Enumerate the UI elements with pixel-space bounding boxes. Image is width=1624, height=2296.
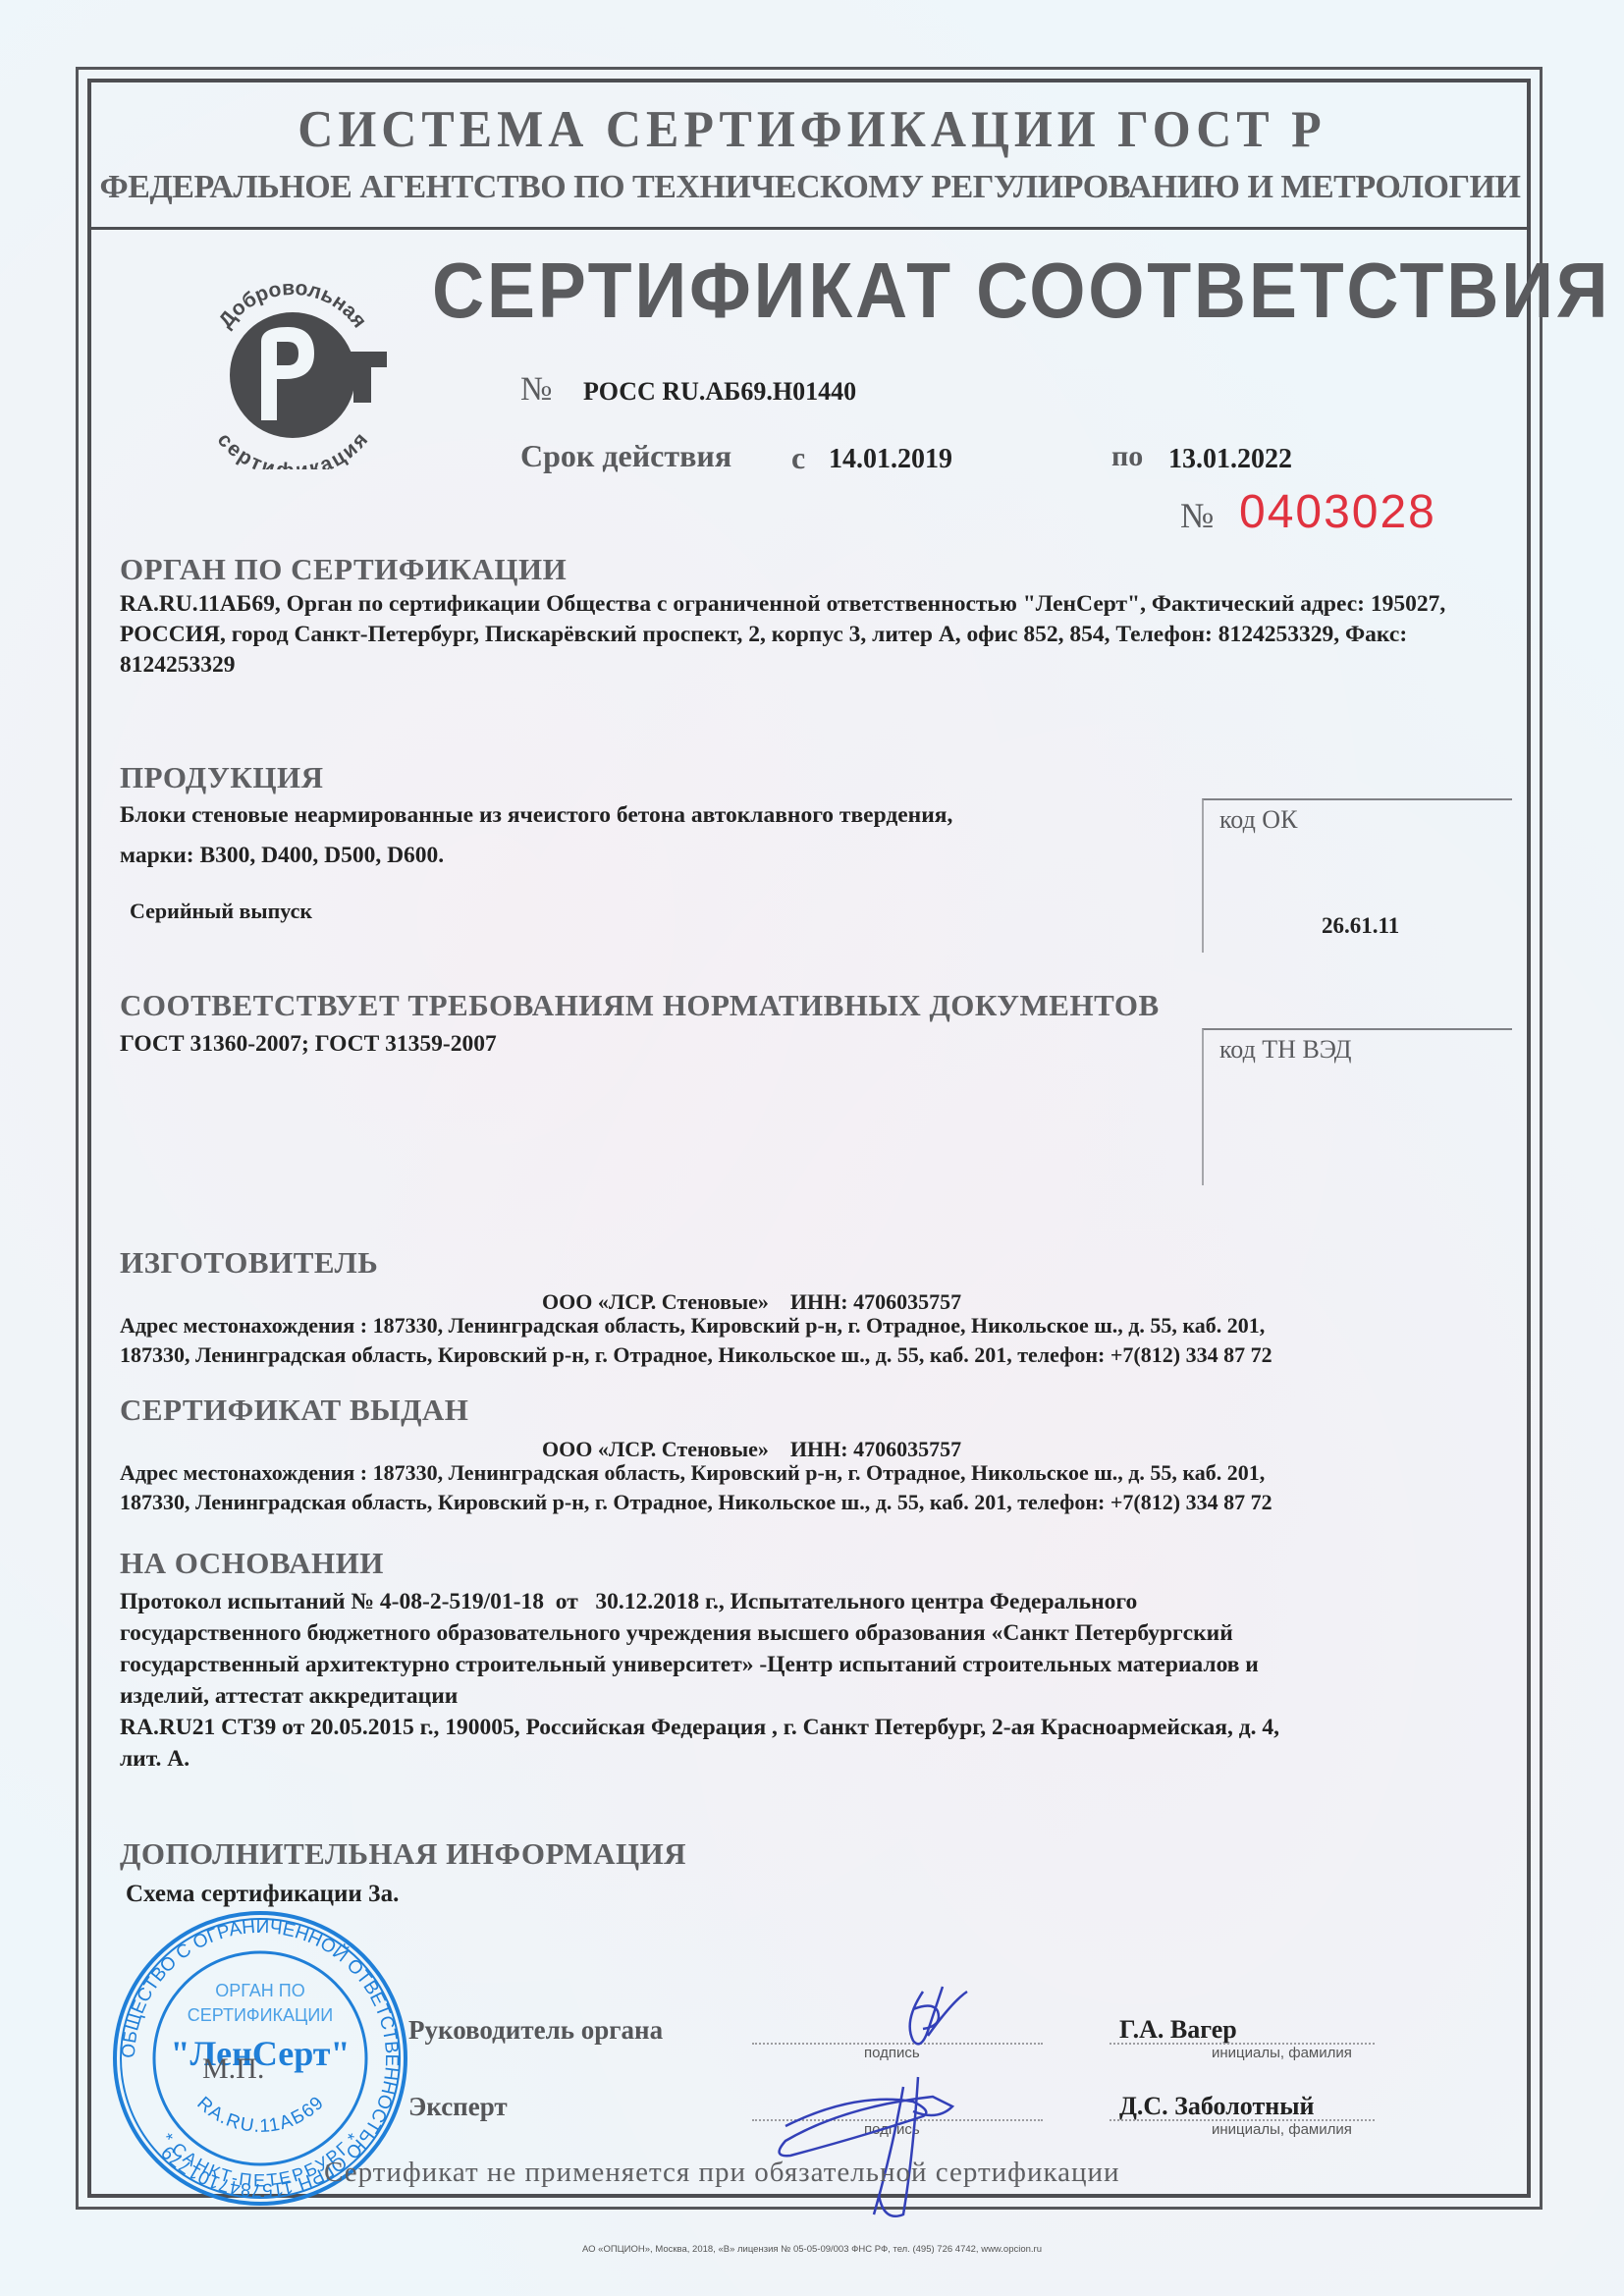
- serial-number: 0403028: [1239, 485, 1436, 539]
- document-title: СЕРТИФИКАТ СООТВЕТСТВИЯ: [432, 246, 1610, 336]
- footer-note: Сертификат не применяется при обязательн…: [324, 2157, 1120, 2189]
- basis-line: государственный архитектурно строительны…: [120, 1650, 1259, 1680]
- manufacturer-address-1: Адрес местонахождения : 187330, Ленингра…: [120, 1310, 1265, 1340]
- signatory-name: Д.С. Заболотный: [1119, 2092, 1314, 2121]
- ok-code-value: 26.61.11: [1322, 913, 1399, 939]
- signatory-name: Г.А. Вагер: [1119, 2015, 1237, 2045]
- manufacturer-heading: ИЗГОТОВИТЕЛЬ: [120, 1245, 378, 1281]
- release-type: Серийный выпуск: [130, 896, 312, 926]
- basis-line: RA.RU21 СТ39 от 20.05.2015 г., 190005, Р…: [120, 1713, 1279, 1743]
- compliance-documents: ГОСТ 31360-2007; ГОСТ 31359-2007: [120, 1029, 497, 1060]
- name-caption: инициалы, фамилия: [1212, 2045, 1352, 2061]
- basis-heading: НА ОСНОВАНИИ: [120, 1546, 384, 1581]
- issued-to-heading: СЕРТИФИКАТ ВЫДАН: [120, 1393, 468, 1428]
- validity-from-date: 14.01.2019: [829, 444, 952, 475]
- basis-line: лит. А.: [120, 1744, 189, 1775]
- signature-scribble-icon: [766, 2048, 1021, 2224]
- additional-text: Схема сертификации 3а.: [126, 1879, 399, 1909]
- printer-imprint: АО «ОПЦИОН», Москва, 2018, «В» лицензия …: [0, 2244, 1624, 2255]
- svg-text:СЕРТИФИКАЦИИ: СЕРТИФИКАЦИИ: [188, 2005, 333, 2025]
- validity-label: Срок действия: [520, 438, 731, 474]
- header-divider: [87, 227, 1531, 230]
- certification-body-text: RA.RU.11АБ69, Орган по сертификации Обще…: [120, 589, 1519, 681]
- signature-role: Эксперт: [408, 2092, 508, 2122]
- validity-from-label: с: [791, 440, 805, 476]
- svg-text:ОРГАН ПО: ОРГАН ПО: [215, 1981, 305, 2000]
- serial-sign: №: [1180, 495, 1214, 536]
- tnved-code-label: код ТН ВЭД: [1219, 1035, 1352, 1065]
- additional-heading: ДОПОЛНИТЕЛЬНАЯ ИНФОРМАЦИЯ: [120, 1836, 686, 1872]
- rst-logo-icon: Добровольная сертификация: [194, 273, 391, 469]
- basis-line: Протокол испытаний № 4-08-2-519/01-18 от…: [120, 1587, 1137, 1617]
- certification-body-heading: ОРГАН ПО СЕРТИФИКАЦИИ: [120, 552, 567, 587]
- product-line-1: Блоки стеновые неармированные из ячеисто…: [120, 800, 952, 831]
- validity-to-label: по: [1111, 440, 1143, 473]
- system-title: СИСТЕМА СЕРТИФИКАЦИИ ГОСТ Р: [0, 99, 1624, 159]
- product-line-2: марки: В300, D400, D500, D600.: [120, 841, 444, 871]
- product-heading: ПРОДУКЦИЯ: [120, 760, 323, 795]
- manufacturer-address-2: 187330, Ленинградская область, Кировский…: [120, 1339, 1272, 1370]
- agency-name: ФЕДЕРАЛЬНОЕ АГЕНТСТВО ПО ТЕХНИЧЕСКОМУ РЕ…: [96, 169, 1524, 206]
- ok-code-label: код ОК: [1219, 805, 1297, 835]
- name-caption: инициалы, фамилия: [1212, 2121, 1352, 2138]
- validity-to-date: 13.01.2022: [1168, 444, 1292, 475]
- basis-line: государственного бюджетного образователь…: [120, 1618, 1233, 1649]
- number-sign: №: [520, 371, 552, 409]
- issued-to-address-1: Адрес местонахождения : 187330, Ленингра…: [120, 1457, 1265, 1488]
- basis-line: изделий, аттестат аккредитации: [120, 1681, 458, 1712]
- issued-to-address-2: 187330, Ленинградская область, Кировский…: [120, 1487, 1272, 1517]
- signature-role: Руководитель органа: [408, 2015, 663, 2046]
- stamp-place-label: М.П.: [202, 2052, 264, 2086]
- certificate-number: РОСС RU.АБ69.Н01440: [583, 377, 856, 407]
- compliance-heading: СООТВЕТСТВУЕТ ТРЕБОВАНИЯМ НОРМАТИВНЫХ ДО…: [120, 988, 1160, 1023]
- svg-text:RA.RU.11АБ69: RA.RU.11АБ69: [192, 2093, 327, 2137]
